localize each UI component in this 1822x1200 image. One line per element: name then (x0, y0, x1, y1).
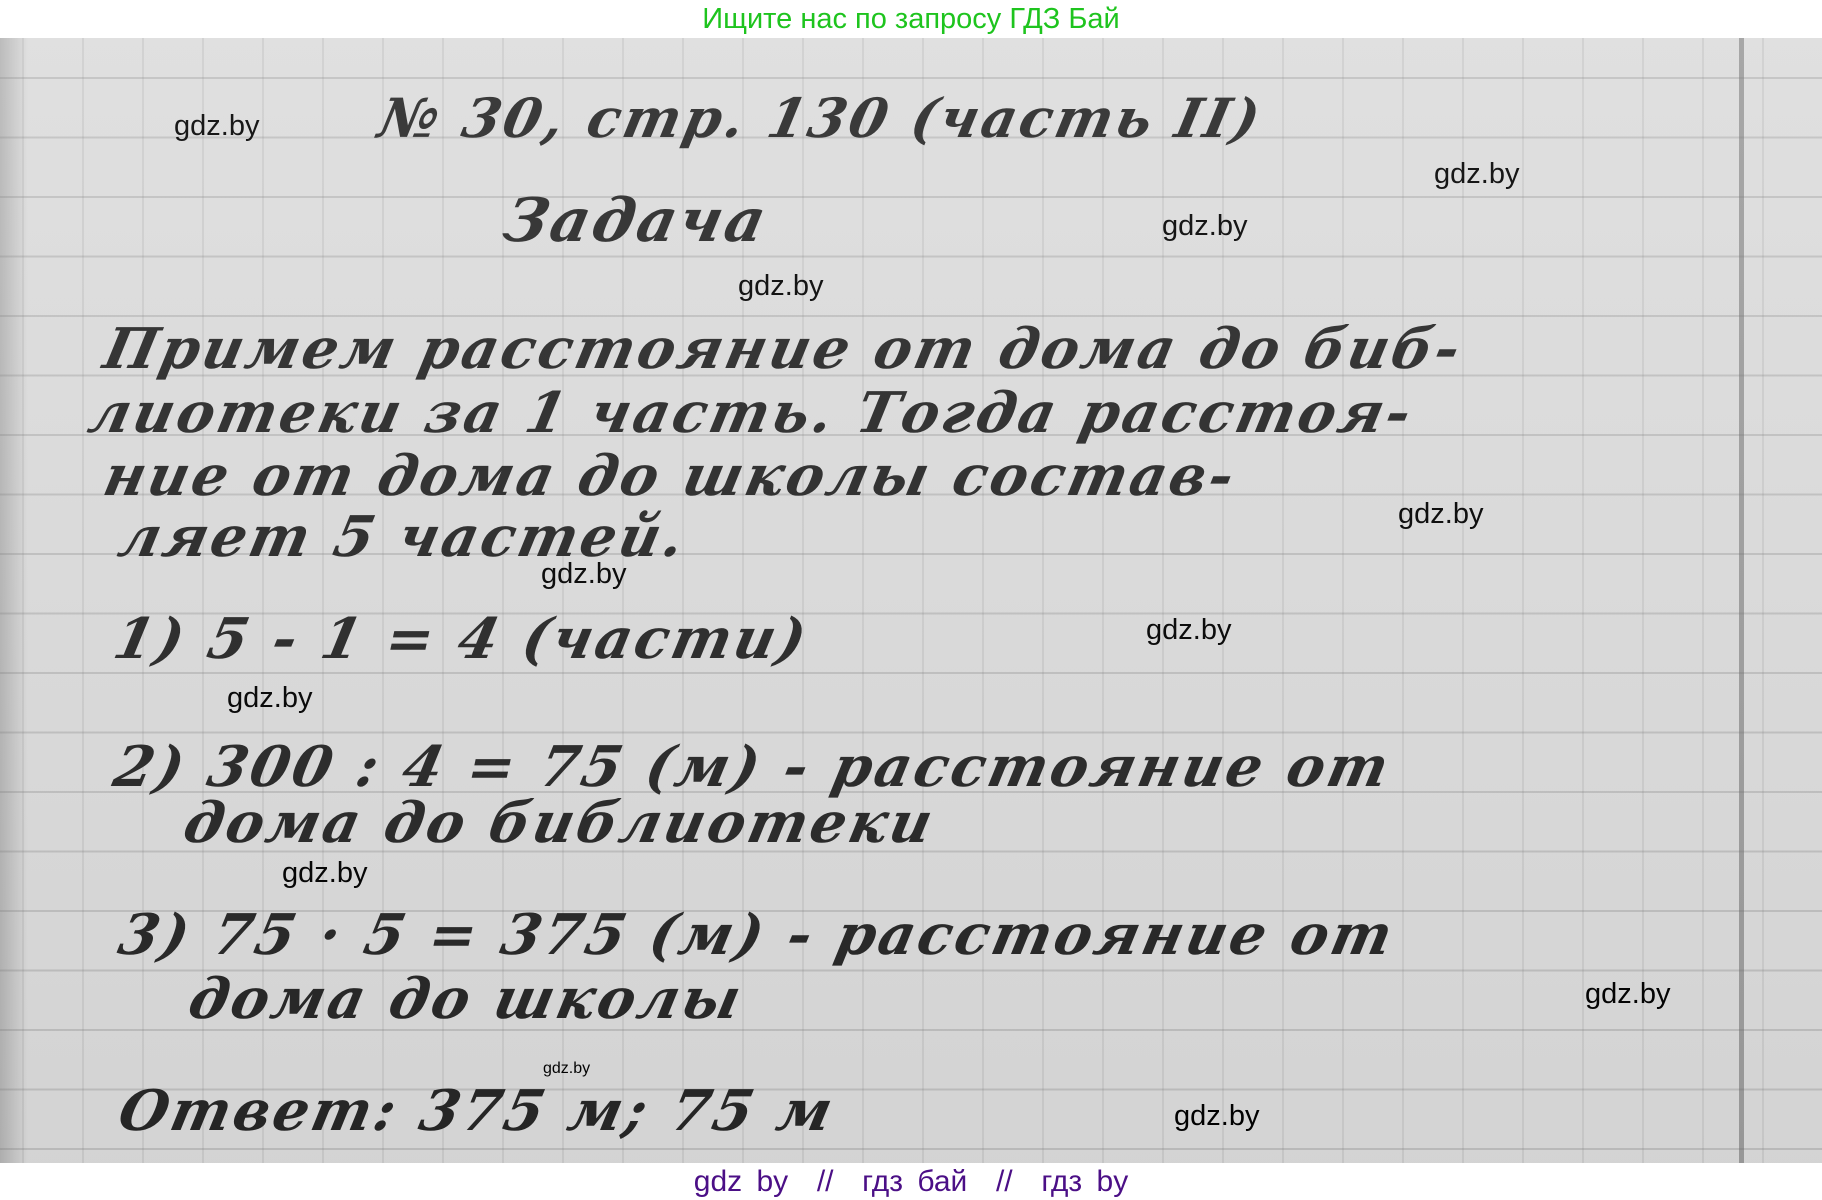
answer-line: Ответ: 375 м; 75 м (113, 1078, 841, 1144)
margin-line (1739, 38, 1744, 1163)
exercise-title: № 30, стр. 130 (часть II) (373, 86, 1268, 150)
top-banner-text: Ищите нас по запросу ГДЗ Бай (702, 3, 1119, 36)
watermark: gdz.by (1434, 158, 1519, 191)
bottom-banner: gdz by // гдз бай // гдз by (0, 1163, 1822, 1200)
notebook-page: № 30, стр. 130 (часть II) Задача Примем … (0, 38, 1822, 1163)
paragraph-line-3: ние от дома до школы состав- (98, 443, 1243, 509)
watermark: gdz.by (1162, 210, 1247, 243)
task-heading: Задача (498, 186, 775, 256)
watermark: gdz.by (174, 110, 259, 143)
watermark: gdz.by (282, 857, 367, 890)
watermark: gdz.by (1174, 1100, 1259, 1133)
step-3-line-2: дома до школы (183, 966, 750, 1032)
watermark: gdz.by (227, 682, 312, 715)
bottom-banner-text: gdz by // гдз бай // гдз by (694, 1165, 1128, 1199)
watermark: gdz.by (1398, 498, 1483, 531)
watermark: gdz.by (1585, 978, 1670, 1011)
paragraph-line-2: лиотеки за 1 часть. Тогда расстоя- (83, 380, 1420, 446)
step-2-line-2: дома до библиотеки (178, 790, 941, 856)
watermark: gdz.by (541, 558, 626, 591)
watermark: gdz.by (1146, 614, 1231, 647)
paragraph-line-1: Примем расстояние от дома до биб- (98, 316, 1469, 382)
top-banner: Ищите нас по запросу ГДЗ Бай (0, 0, 1822, 38)
step-1-line-1: 1) 5 - 1 = 4 (части) (108, 606, 815, 672)
watermark: gdz.by (543, 1060, 590, 1078)
step-3-line-1: 3) 75 · 5 = 375 (м) - расстояние от (113, 902, 1401, 968)
watermark: gdz.by (738, 270, 823, 303)
